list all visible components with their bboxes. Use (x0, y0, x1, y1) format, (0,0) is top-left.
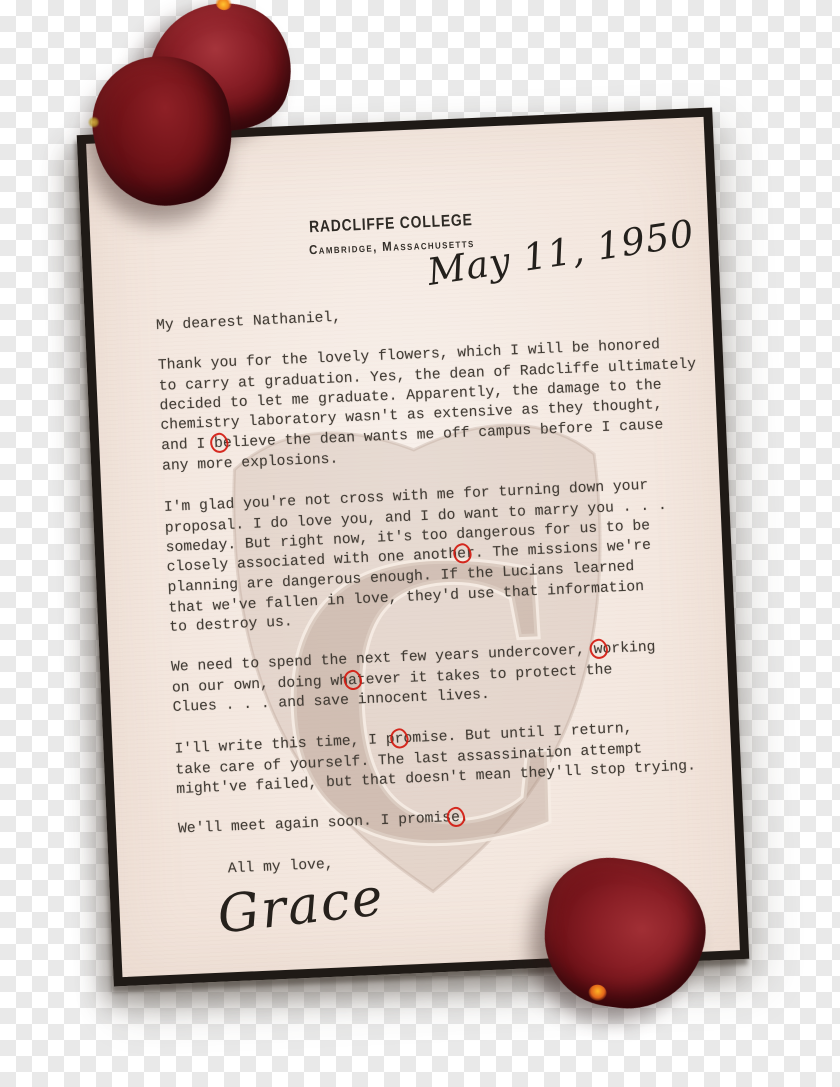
paragraph: We need to spend the next few years unde… (171, 635, 719, 718)
paragraph: I'm glad you're not cross with me for tu… (163, 473, 715, 638)
paragraph: My dearest Nathaniel, (156, 292, 702, 337)
paragraph: I'll write this time, I promise. But unt… (174, 715, 722, 800)
paragraph: We'll meet again soon. I promise. (178, 797, 724, 840)
circled-letter: e (451, 810, 460, 826)
circled-letter: r (394, 731, 404, 747)
rose-petal-body (535, 850, 714, 1019)
circled-letter: e (457, 546, 467, 562)
transparent-canvas: C May 11, 1950 RADCLIFFE COLLEGE Cambrid… (0, 0, 840, 1087)
letter-paper: C May 11, 1950 RADCLIFFE COLLEGE Cambrid… (77, 108, 750, 987)
typed-line: My dearest Nathaniel, (156, 291, 702, 336)
letter-body: My dearest Nathaniel,Thank you for the l… (94, 292, 734, 843)
rose-petal-bottom-right (535, 850, 714, 1019)
circled-letter: w (593, 642, 602, 658)
circled-letter: b (214, 436, 223, 452)
typed-line: We'll meet again soon. I promise. (178, 797, 724, 840)
circled-letter: a (348, 673, 357, 689)
paragraph: Thank you for the lovely flowers, which … (158, 334, 709, 477)
